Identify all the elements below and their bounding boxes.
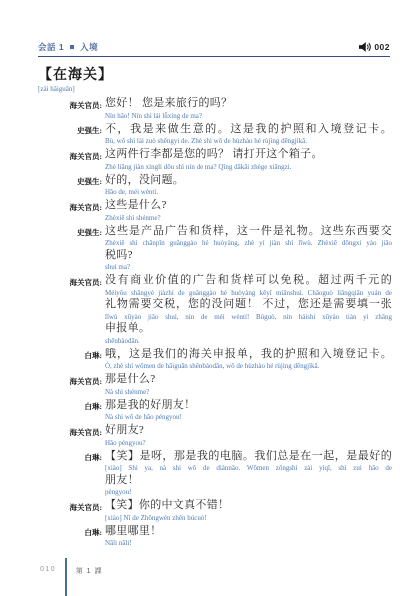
page-header: 会話 1 入境 002	[38, 39, 390, 54]
dialogue-line-chinese: 好的，没问题。	[105, 174, 392, 188]
dialogue-entry: 白琳:那是我的好朋友！Nà shì wǒ de hǎo péngyou!	[38, 399, 392, 423]
dialogue-line: 没有商业价值的广告和货样可以免税。超过两千元的Méiyǒu shāngyè ji…	[105, 274, 392, 298]
dialogue-entry: 白琳:哦，这是我们的海关申报单，我的护照和入境登记卡。Ò, zhè shì wǒ…	[38, 348, 392, 372]
dialogue-line-chinese: 朋友！	[105, 474, 392, 488]
speaker-label: 白琳:	[38, 348, 102, 372]
dialogue-line: 那是什么?Nà shì shénme?	[105, 373, 392, 397]
dialogue-line-chinese: 哦，这是我们的海关申报单，我的护照和入境登记卡。	[105, 348, 392, 362]
title-block: 【在海关】 [zài hǎiguān]	[38, 68, 113, 94]
dialogue-entry-content: 那是我的好朋友！Nà shì wǒ de hǎo péngyou!	[102, 399, 392, 423]
dialogue-entry: 海关官员:您好！ 您是来旅行的吗？Nín hǎo! Nín shì lái lǚ…	[38, 97, 392, 121]
dialogue-line: 不，我是来做生意的。这是我的护照和入境登记卡。Bù, wǒ shì lái zu…	[105, 123, 392, 147]
dialogue-line: 申报单。shēnbàodān.	[105, 322, 392, 346]
dialogue-entry-content: 好的，没问题。Hǎo de, méi wèntí.	[102, 174, 392, 198]
dialogue-line-pinyin: Nà shì wǒ de hǎo péngyou!	[105, 412, 392, 422]
dialogue-line: 哦，这是我们的海关申报单，我的护照和入境登记卡。Ò, zhè shì wǒmen…	[105, 348, 392, 372]
speaker-label: 海关官员:	[38, 274, 102, 346]
dialogue-entry: 史强生:不，我是来做生意的。这是我的护照和入境登记卡。Bù, wǒ shì lá…	[38, 123, 392, 147]
textbook-page: 会話 1 入境 002 【在海关】 [zài hǎiguān] 海关官员:您好！…	[0, 0, 420, 596]
dialogue-line: 税吗?shuì ma?	[105, 249, 392, 273]
dialogue-line-pinyin: [xiào] Nǐ de Zhōngwén zhēn búcuò!	[105, 513, 392, 523]
dialogue-entry: 海关官员:那是什么?Nà shì shénme?	[38, 373, 392, 397]
dialogue-line: 礼物需要交税，您的没问题！ 不过，您还是需要填一张lǐwù xūyào jiāo…	[105, 298, 392, 322]
audio-track: 002	[359, 42, 390, 52]
dialogue-line-chinese: 【笑】你的中文真不错！	[105, 499, 392, 513]
dialogue-list: 海关官员:您好！ 您是来旅行的吗？Nín hǎo! Nín shì lái lǚ…	[38, 97, 392, 550]
dialogue-entry-content: 这两件行李都是您的吗？ 请打开这个箱子。Zhè liǎng jiàn xíngl…	[102, 148, 392, 172]
dialogue-entry-content: 【笑】你的中文真不错！[xiào] Nǐ de Zhōngwén zhēn bú…	[102, 499, 392, 523]
dialogue-line-chinese: 没有商业价值的广告和货样可以免税。超过两千元的	[105, 274, 392, 288]
speaker-label: 海关官员:	[38, 148, 102, 172]
page-number: 010	[40, 566, 56, 573]
dialogue-line-pinyin: Bù, wǒ shì lái zuò shēngyi de. Zhè shì w…	[105, 136, 392, 146]
dialogue-line-chinese: 那是我的好朋友！	[105, 399, 392, 413]
dialogue-entry: 白琳:哪里哪里！Nǎli nǎli!	[38, 525, 392, 549]
speaker-label: 白琳:	[38, 525, 102, 549]
dialogue-entry: 海关官员:这些是什么?Zhèxiē shì shénme?	[38, 199, 392, 223]
dialogue-line: 好的，没问题。Hǎo de, méi wèntí.	[105, 174, 392, 198]
speaker-label: 白琳:	[38, 399, 102, 423]
dialogue-line-chinese: 申报单。	[105, 322, 392, 336]
dialogue-line-pinyin: Nín hǎo! Nín shì lái lǚxíng de ma?	[105, 111, 392, 121]
dialogue-line-pinyin: Méiyǒu shāngyè jiàzhí de guǎnggào hé huò…	[105, 288, 392, 298]
dialogue-entry-content: 哪里哪里！Nǎli nǎli!	[102, 525, 392, 549]
dialogue-line: 您好！ 您是来旅行的吗？Nín hǎo! Nín shì lái lǚxíng …	[105, 97, 392, 121]
lesson-label: 第 1 課	[76, 566, 103, 576]
dialogue-entry-content: 这些是产品广告和货样，这一件是礼物。这些东西要交Zhèxiē shì chǎnp…	[102, 225, 392, 273]
dialogue-entry: 海关官员:好朋友?Hǎo péngyou?	[38, 424, 392, 448]
speaker-label: 海关官员:	[38, 373, 102, 397]
dialogue-entry-content: 好朋友?Hǎo péngyou?	[102, 424, 392, 448]
speaker-label: 海关官员:	[38, 499, 102, 523]
speaker-icon	[359, 42, 371, 52]
square-bullet-icon	[70, 45, 74, 49]
dialogue-line: 这些是什么?Zhèxiē shì shénme?	[105, 199, 392, 223]
dialogue-number: 会話 1	[38, 41, 64, 53]
dialogue-title-pinyin: [zài hǎiguān]	[38, 85, 113, 94]
header-left: 会話 1 入境	[38, 41, 98, 53]
dialogue-line: 【笑】是呀，那是我的电脑。我们总是在一起，是最好的[xiào] Shì ya, …	[105, 450, 392, 474]
dialogue-entry: 海关官员:这两件行李都是您的吗？ 请打开这个箱子。Zhè liǎng jiàn …	[38, 148, 392, 172]
dialogue-entry: 史强生:这些是产品广告和货样，这一件是礼物。这些东西要交Zhèxiē shì c…	[38, 225, 392, 273]
dialogue-line-pinyin: Ò, zhè shì wǒmen de hǎiguān shēnbàodān, …	[105, 361, 392, 371]
dialogue-entry: 白琳:【笑】是呀，那是我的电脑。我们总是在一起，是最好的[xiào] Shì y…	[38, 450, 392, 498]
dialogue-line: 这两件行李都是您的吗？ 请打开这个箱子。Zhè liǎng jiàn xíngl…	[105, 148, 392, 172]
footer-divider	[65, 558, 67, 596]
dialogue-entry-content: 不，我是来做生意的。这是我的护照和入境登记卡。Bù, wǒ shì lái zu…	[102, 123, 392, 147]
dialogue-entry-content: 这些是什么?Zhèxiē shì shénme?	[102, 199, 392, 223]
audio-track-number: 002	[374, 42, 390, 52]
dialogue-line-pinyin: Zhèxiē shì shénme?	[105, 213, 392, 223]
speaker-label: 史强生:	[38, 174, 102, 198]
dialogue-line-pinyin: shēnbàodān.	[105, 336, 392, 346]
speaker-label: 海关官员:	[38, 424, 102, 448]
dialogue-entry-content: 您好！ 您是来旅行的吗？Nín hǎo! Nín shì lái lǚxíng …	[102, 97, 392, 121]
dialogue-line-chinese: 您好！ 您是来旅行的吗？	[105, 97, 392, 111]
dialogue-entry-content: 没有商业价值的广告和货样可以免税。超过两千元的Méiyǒu shāngyè ji…	[102, 274, 392, 346]
dialogue-line-pinyin: Zhèxiē shì chǎnpǐn guǎnggào hé huòyàng, …	[105, 238, 392, 248]
dialogue-line-pinyin: Hǎo péngyou?	[105, 438, 392, 448]
speaker-label: 海关官员:	[38, 199, 102, 223]
dialogue-entry-content: 哦，这是我们的海关申报单，我的护照和入境登记卡。Ò, zhè shì wǒmen…	[102, 348, 392, 372]
speaker-label: 史强生:	[38, 123, 102, 147]
dialogue-title: 【在海关】	[38, 68, 113, 84]
dialogue-line: 哪里哪里！Nǎli nǎli!	[105, 525, 392, 549]
section-title: 入境	[80, 41, 98, 53]
dialogue-line-chinese: 哪里哪里！	[105, 525, 392, 539]
dialogue-entry-content: 那是什么?Nà shì shénme?	[102, 373, 392, 397]
dialogue-line-chinese: 【笑】是呀，那是我的电脑。我们总是在一起，是最好的	[105, 450, 392, 464]
speaker-label: 白琳:	[38, 450, 102, 498]
dialogue-line: 【笑】你的中文真不错！[xiào] Nǐ de Zhōngwén zhēn bú…	[105, 499, 392, 523]
dialogue-line-chinese: 税吗?	[105, 249, 392, 263]
dialogue-line-pinyin: Nǎli nǎli!	[105, 538, 392, 548]
speaker-label: 史强生:	[38, 225, 102, 273]
dialogue-line-chinese: 那是什么?	[105, 373, 392, 387]
dialogue-line-pinyin: lǐwù xūyào jiāo shuì, nín de méi wèntí! …	[105, 312, 392, 322]
page-footer: 010 第 1 課	[40, 558, 102, 596]
dialogue-line-pinyin: Zhè liǎng jiàn xíngli dōu shì nín de ma?…	[105, 162, 392, 172]
dialogue-line-chinese: 礼物需要交税，您的没问题！ 不过，您还是需要填一张	[105, 298, 392, 312]
dialogue-line-chinese: 好朋友?	[105, 424, 392, 438]
dialogue-entry: 史强生:好的，没问题。Hǎo de, méi wèntí.	[38, 174, 392, 198]
dialogue-line-chinese: 这些是产品广告和货样，这一件是礼物。这些东西要交	[105, 225, 392, 239]
dialogue-entry-content: 【笑】是呀，那是我的电脑。我们总是在一起，是最好的[xiào] Shì ya, …	[102, 450, 392, 498]
dialogue-line: 朋友！péngyou!	[105, 474, 392, 498]
dialogue-line-pinyin: [xiào] Shì ya, nà shì wǒ de diànnǎo. Wǒm…	[105, 463, 392, 473]
dialogue-entry: 海关官员:没有商业价值的广告和货样可以免税。超过两千元的Méiyǒu shāng…	[38, 274, 392, 346]
dialogue-line: 这些是产品广告和货样，这一件是礼物。这些东西要交Zhèxiē shì chǎnp…	[105, 225, 392, 249]
dialogue-line-pinyin: péngyou!	[105, 487, 392, 497]
dialogue-entry: 海关官员:【笑】你的中文真不错！[xiào] Nǐ de Zhōngwén zh…	[38, 499, 392, 523]
dialogue-line-pinyin: shuì ma?	[105, 262, 392, 272]
header-rule	[38, 56, 390, 57]
dialogue-line: 那是我的好朋友！Nà shì wǒ de hǎo péngyou!	[105, 399, 392, 423]
dialogue-line-pinyin: Nà shì shénme?	[105, 387, 392, 397]
dialogue-line-pinyin: Hǎo de, méi wèntí.	[105, 187, 392, 197]
dialogue-line-chinese: 不，我是来做生意的。这是我的护照和入境登记卡。	[105, 123, 392, 137]
speaker-label: 海关官员:	[38, 97, 102, 121]
dialogue-line: 好朋友?Hǎo péngyou?	[105, 424, 392, 448]
dialogue-line-chinese: 这两件行李都是您的吗？ 请打开这个箱子。	[105, 148, 392, 162]
dialogue-line-chinese: 这些是什么?	[105, 199, 392, 213]
